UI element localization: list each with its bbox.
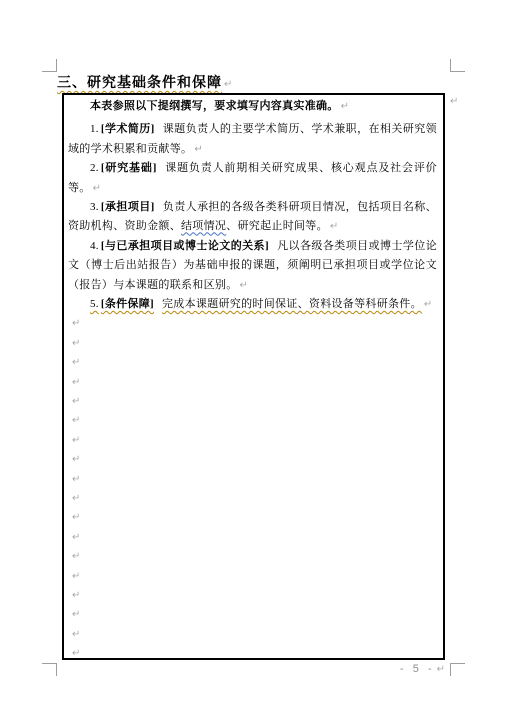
guidelines-table-cell: 本表参照以下提纲撰写，要求填写内容真实准确。↵ 1.[学术简历]课题负责人的主要…	[62, 93, 445, 660]
paragraph-mark: ↵	[72, 512, 81, 523]
paragraph-mark: ↵	[72, 532, 81, 543]
item-label: [承担项目]	[101, 201, 155, 213]
paragraph-mark: ↵	[72, 396, 81, 407]
table-row-end-mark: ↵	[450, 96, 458, 107]
empty-paragraph: ↵	[68, 411, 437, 430]
item-label: [与已承担项目或博士论文的关系]	[101, 240, 269, 252]
paragraph-mark: ↵	[437, 664, 445, 675]
empty-paragraph: ↵	[68, 528, 437, 547]
item-label: [研究基础]	[101, 162, 157, 174]
item-number: 2.	[90, 162, 99, 174]
guideline-item-4: 4.[与已承担项目或博士论文的关系]凡以各级各类项目或博士学位论文（博士后出站报…	[68, 237, 437, 295]
table-intro-line: 本表参照以下提纲撰写，要求填写内容真实准确。↵	[68, 97, 437, 116]
empty-paragraph: ↵	[68, 373, 437, 392]
paragraph-mark: ↵	[72, 629, 81, 640]
empty-paragraph: ↵	[68, 334, 437, 353]
empty-paragraph: ↵	[68, 489, 437, 508]
item-number: 5.	[90, 298, 99, 310]
empty-paragraph: ↵	[68, 547, 437, 566]
item-number: 3.	[90, 201, 99, 213]
margin-crop-mark-bottom-right	[450, 663, 465, 676]
empty-paragraphs: ↵↵↵↵↵↵↵↵↵↵↵↵↵↵↵↵↵↵↵	[68, 314, 437, 660]
document-page: 三、研究基础条件和保障↵ ↵ 本表参照以下提纲撰写，要求填写内容真实准确。↵ 1…	[0, 0, 507, 719]
page-number: - 5 -	[400, 663, 435, 675]
empty-paragraph: ↵	[68, 605, 437, 624]
empty-paragraph: ↵	[68, 431, 437, 450]
paragraph-mark: ↵	[72, 318, 81, 329]
paragraph-mark: ↵	[72, 493, 81, 504]
paragraph-mark: ↵	[72, 590, 81, 601]
item-label: [条件保障]	[101, 298, 154, 310]
empty-paragraph: ↵	[68, 392, 437, 411]
item-number: 4.	[90, 240, 99, 252]
item-number: 1.	[90, 123, 99, 135]
empty-paragraph: ↵	[68, 314, 437, 333]
paragraph-mark: ↵	[240, 280, 249, 291]
paragraph-mark: ↵	[72, 648, 81, 659]
item-text: 完成本课题研究的时间保证、资料设备等科研条件。	[162, 298, 422, 310]
paragraph-mark: ↵	[72, 551, 81, 562]
section-heading: 三、研究基础条件和保障↵	[57, 72, 233, 92]
page-footer: - 5 -↵	[0, 663, 445, 675]
paragraph-mark: ↵	[72, 338, 81, 349]
paragraph-mark: ↵	[72, 377, 81, 388]
paragraph-mark: ↵	[194, 144, 203, 155]
item-label: [学术简历]	[101, 123, 155, 135]
guideline-item-2: 2.[研究基础]课题负责人前期相关研究成果、核心观点及社会评价等。↵	[68, 159, 437, 198]
paragraph-mark: ↵	[341, 101, 350, 112]
item-format-flagged-wrapper: 5.[条件保障]完成本课题研究的时间保证、资料设备等科研条件。	[90, 298, 422, 310]
margin-crop-mark-top-right	[450, 59, 465, 72]
paragraph-mark: ↵	[72, 415, 81, 426]
item-text-spellcheck-flagged: 结项情况	[181, 220, 226, 232]
empty-paragraph: ↵	[68, 586, 437, 605]
empty-paragraph: ↵	[68, 625, 437, 644]
section-heading-text: 三、研究基础条件和保障	[57, 76, 222, 91]
empty-paragraph: ↵	[68, 567, 437, 586]
margin-crop-mark-top-left	[42, 59, 57, 72]
paragraph-mark: ↵	[72, 474, 81, 485]
table-intro-text: 本表参照以下提纲撰写，要求填写内容真实准确。	[90, 100, 339, 112]
empty-paragraph: ↵	[68, 353, 437, 372]
paragraph-mark: ↵	[424, 299, 433, 310]
guideline-item-5: 5.[条件保障]完成本课题研究的时间保证、资料设备等科研条件。↵	[68, 295, 437, 314]
empty-paragraph: ↵	[68, 508, 437, 527]
paragraph-mark: ↵	[330, 221, 339, 232]
guideline-item-1: 1.[学术简历]课题负责人的主要学术简历、学术兼职，在相关研究领域的学术积累和贡…	[68, 120, 437, 159]
item-text: 、研究起止时间等。	[226, 220, 328, 232]
paragraph-mark: ↵	[72, 454, 81, 465]
guideline-item-3: 3.[承担项目]负责人承担的各级各类科研项目情况，包括项目名称、资助机构、资助金…	[68, 198, 437, 237]
paragraph-mark: ↵	[72, 435, 81, 446]
empty-paragraph: ↵	[68, 644, 437, 660]
empty-paragraph: ↵	[68, 450, 437, 469]
paragraph-mark: ↵	[72, 609, 81, 620]
paragraph-mark: ↵	[72, 571, 81, 582]
empty-paragraph: ↵	[68, 470, 437, 489]
paragraph-mark: ↵	[72, 357, 81, 368]
paragraph-mark: ↵	[224, 79, 233, 90]
paragraph-mark: ↵	[93, 183, 102, 194]
